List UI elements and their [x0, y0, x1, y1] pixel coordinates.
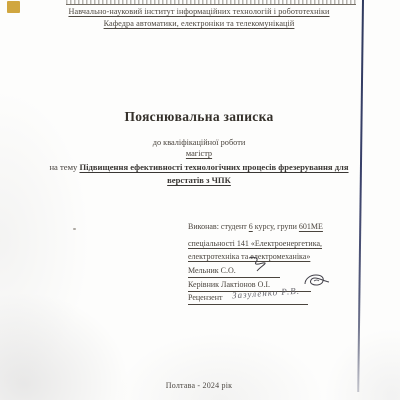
topic-text-2: верстатів з ЧПК [167, 175, 231, 185]
group-code: 601МЕ [299, 222, 323, 231]
author-line-1-mid: курсу, групи [253, 222, 299, 231]
author-line-1-pre: Виконав: студент [188, 222, 249, 231]
specialty-line-1: спеціальності 141 «Електроенергетика, [188, 239, 322, 248]
author-name: Мельник С.О. [188, 266, 236, 275]
topic-line-1: на тему Підвищення ефективності технолог… [0, 161, 398, 174]
author-line-1: Виконав: студент 6 курсу, групи 601МЕ [188, 222, 323, 231]
degree-text: магістр [186, 149, 212, 158]
institute-line: Навчально-науковий інститут інформаційни… [0, 7, 398, 16]
institute-line-text: Навчально-науковий інститут інформаційни… [68, 7, 329, 16]
department-line: Кафедра автоматики, електроніки та телек… [0, 19, 398, 28]
subtitle-line-1: до кваліфікаційної роботи [0, 138, 398, 147]
subtitle-line-2: магістр [0, 149, 398, 158]
department-line-text: Кафедра автоматики, електроніки та телек… [104, 19, 295, 28]
reviewer-label: Рецензент [188, 293, 223, 302]
page-edge-line [357, 0, 363, 392]
topic-prefix: на тему [49, 162, 79, 172]
footer-city-year: Полтава - 2024 рік [0, 381, 398, 390]
author-line-3: електротехніка та електромеханіка» [188, 252, 310, 261]
scan-speck [73, 228, 76, 230]
author-line-2: спеціальності 141 «Електроенергетика, [188, 239, 322, 248]
specialty-line-2: електротехніка та електромеханіка» [188, 252, 310, 261]
cropped-header-line [66, 0, 356, 5]
topic-text-1: Підвищення ефективності технологічних пр… [79, 162, 348, 172]
topic-line-2: верстатів з ЧПК [0, 174, 398, 187]
author-signature-line: Мельник С.О. [188, 265, 280, 278]
page-title: Пояснювальна записка [0, 109, 398, 125]
scanned-title-page: Навчально-науковий інститут інформаційни… [0, 0, 400, 400]
